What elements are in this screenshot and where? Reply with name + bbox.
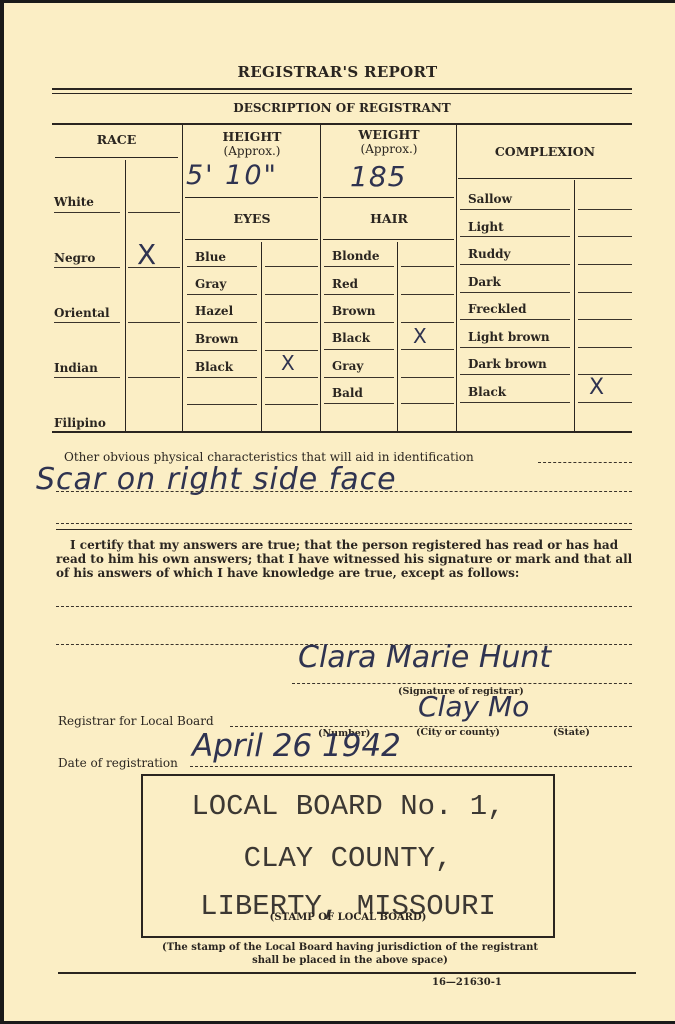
eyes-check-divider — [261, 242, 262, 431]
registrar-signature: Clara Marie Hunt — [298, 640, 551, 675]
hair-check-rule — [401, 266, 454, 267]
complexion-check-rule — [578, 347, 632, 348]
eyes-row-rule — [187, 404, 257, 405]
complexion-row-rule — [460, 264, 570, 265]
complexion-option-sallow: Sallow — [468, 192, 512, 206]
complexion-check-rule — [578, 292, 632, 293]
hair-header: HAIR — [322, 212, 456, 226]
eyes-row-rule — [187, 377, 257, 378]
form-number: 16—21630-1 — [432, 977, 502, 988]
eyes-option-brown: Brown — [195, 332, 239, 346]
complexion-row-rule — [460, 374, 570, 375]
eyes-check-rule — [265, 294, 318, 295]
height-subheader: (Approx.) — [184, 144, 320, 158]
complexion-option-black: Black — [468, 385, 506, 399]
race-option-indian: Indian — [54, 361, 98, 375]
eyes-option-hazel: Hazel — [195, 304, 233, 318]
signature-line — [292, 683, 632, 684]
complexion-check-rule — [578, 264, 632, 265]
race-row-rule — [54, 377, 120, 378]
state-caption: (State) — [553, 727, 590, 738]
complexion-check-rule — [578, 236, 632, 237]
height-value-rule — [185, 197, 318, 198]
race-row-rule — [54, 322, 120, 323]
table-top-rule — [52, 123, 632, 125]
divider-height-weight — [320, 124, 321, 431]
complexion-check-divider — [574, 180, 575, 431]
eyes-option-black: Black — [195, 360, 233, 374]
weight-subheader: (Approx.) — [322, 142, 456, 156]
eyes-check-rule — [265, 266, 318, 267]
eyes-check-rule — [265, 377, 318, 378]
local-board-value: Clay Mo — [418, 690, 529, 723]
complexion-row-rule — [460, 347, 570, 348]
date-line — [190, 766, 632, 767]
hair-row-rule — [324, 403, 394, 404]
eyes-option-gray: Gray — [195, 277, 226, 291]
race-option-negro: Negro — [54, 251, 95, 265]
complexion-header: COMPLEXION — [458, 145, 632, 159]
complexion-row-rule — [460, 319, 570, 320]
hair-option-gray: Gray — [332, 359, 363, 373]
hair-check-rule — [401, 322, 454, 323]
hair-row-rule — [324, 377, 394, 378]
eyes-header-rule — [185, 239, 318, 240]
hair-black-mark: X — [413, 324, 427, 348]
race-check-rule — [128, 377, 180, 378]
certification-text: I certify that my answers are true; that… — [56, 538, 636, 580]
stamp-line-1: LOCAL BOARD No. 1, — [141, 790, 555, 823]
local-board-label: Registrar for Local Board — [58, 714, 214, 728]
race-header: RACE — [55, 133, 178, 147]
stamp-instruction-2: shall be placed in the above space) — [100, 955, 600, 966]
complexion-header-rule — [458, 178, 632, 179]
eyes-header: EYES — [184, 212, 320, 226]
eyes-check-rule — [265, 404, 318, 405]
section-title: DESCRIPTION OF REGISTRANT — [52, 101, 632, 115]
eyes-check-rule — [265, 322, 318, 323]
city-caption: (City or county) — [416, 727, 500, 738]
hair-row-rule — [324, 322, 394, 323]
eyes-row-rule — [187, 350, 257, 351]
other-characteristics-line — [56, 523, 632, 524]
eyes-row-rule — [187, 294, 257, 295]
complexion-check-rule — [578, 402, 632, 403]
complexion-option-light-brown: Light brown — [468, 330, 550, 344]
complexion-option-freckled: Freckled — [468, 302, 526, 316]
race-option-white: White — [54, 195, 94, 209]
hair-row-rule — [324, 349, 394, 350]
complexion-row-rule — [460, 292, 570, 293]
stamp-caption: (STAMP OF LOCAL BOARD) — [141, 912, 555, 923]
height-header: HEIGHT — [184, 130, 320, 144]
weight-value: 185 — [350, 160, 406, 193]
table-bottom-rule — [52, 431, 632, 433]
complexion-row-rule — [460, 236, 570, 237]
title-rule-bottom — [52, 93, 632, 94]
footer-rule — [58, 972, 636, 974]
complexion-option-light: Light — [468, 220, 504, 234]
stamp-line-2: CLAY COUNTY, — [141, 842, 555, 875]
hair-row-rule — [324, 294, 394, 295]
complexion-option-dark: Dark — [468, 275, 501, 289]
certification-rule — [56, 529, 632, 530]
height-value: 5' 10" — [186, 160, 278, 191]
complexion-option-dark-brown: Dark brown — [468, 357, 547, 371]
divider-race-height — [182, 124, 183, 431]
hair-check-rule — [401, 294, 454, 295]
race-option-filipino: Filipino — [54, 416, 106, 430]
race-check-rule — [128, 322, 180, 323]
weight-header: WEIGHT — [322, 128, 456, 142]
eyes-option-blue: Blue — [195, 250, 226, 264]
hair-check-rule — [401, 377, 454, 378]
race-header-rule — [55, 157, 178, 158]
hair-check-rule — [401, 403, 454, 404]
divider-weight-complexion — [456, 124, 457, 431]
report-title: REGISTRAR'S REPORT — [0, 63, 675, 81]
race-negro-mark: X — [137, 238, 156, 271]
complexion-black-mark: X — [589, 375, 604, 400]
other-characteristics-line — [538, 462, 632, 463]
title-rule-top — [52, 88, 632, 90]
complexion-check-rule — [578, 319, 632, 320]
hair-option-brown: Brown — [332, 304, 376, 318]
eyes-row-rule — [187, 322, 257, 323]
hair-option-blonde: Blonde — [332, 249, 379, 263]
hair-header-rule — [323, 239, 454, 240]
eyes-black-mark: X — [281, 351, 295, 375]
hair-check-divider — [397, 242, 398, 431]
other-characteristics-line — [56, 491, 632, 492]
complexion-check-rule — [578, 374, 632, 375]
race-check-rule — [128, 212, 180, 213]
hair-option-black: Black — [332, 331, 370, 345]
weight-value-rule — [323, 197, 454, 198]
eyes-row-rule — [187, 266, 257, 267]
complexion-row-rule — [460, 209, 570, 210]
date-of-registration-label: Date of registration — [58, 756, 178, 770]
hair-row-rule — [324, 266, 394, 267]
race-check-divider — [125, 160, 126, 431]
hair-check-rule — [401, 349, 454, 350]
hair-option-red: Red — [332, 277, 358, 291]
date-of-registration-value: April 26 1942 — [192, 728, 401, 764]
complexion-option-ruddy: Ruddy — [468, 247, 510, 261]
hair-option-bald: Bald — [332, 386, 363, 400]
complexion-check-rule — [578, 209, 632, 210]
exceptions-line — [56, 606, 632, 607]
stamp-instruction-1: (The stamp of the Local Board having jur… — [100, 942, 600, 953]
race-option-oriental: Oriental — [54, 306, 110, 320]
race-row-rule — [54, 267, 120, 268]
race-row-rule — [54, 212, 120, 213]
complexion-row-rule — [460, 402, 570, 403]
